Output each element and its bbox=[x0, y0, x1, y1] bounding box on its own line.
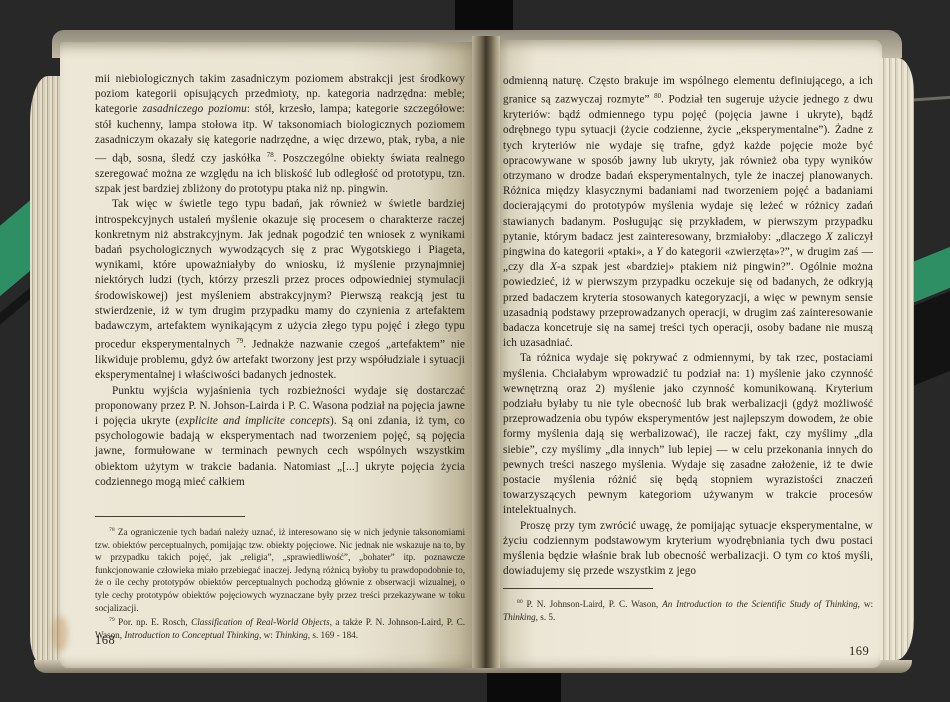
body-paragraph: Tak więc w świetle tego typu badań, jak … bbox=[95, 197, 465, 383]
footnote-rule bbox=[503, 588, 653, 589]
body-paragraph: Ta różnica wydaje się pokrywać z odmienn… bbox=[503, 351, 873, 518]
right-page-text: odmienną naturę. Często brakuje im wspól… bbox=[503, 74, 873, 579]
body-paragraph: mii niebiologicznych takim zasadniczym p… bbox=[95, 72, 465, 197]
left-page-text: mii niebiologicznych takim zasadniczym p… bbox=[95, 72, 465, 490]
footnote: 80 P. N. Johnson-Laird, P. C. Wason, An … bbox=[503, 596, 873, 623]
right-page-number: 169 bbox=[849, 644, 869, 659]
footnote: 78 Za ograniczenie tych badań należy uzn… bbox=[95, 524, 465, 614]
right-page-edge-stack bbox=[880, 58, 914, 660]
photo-background: mii niebiologicznych takim zasadniczym p… bbox=[0, 0, 950, 702]
body-paragraph: Punktu wyjścia wyjaśnienia tych rozbieżn… bbox=[95, 384, 465, 490]
paper-stain bbox=[52, 616, 68, 652]
body-paragraph: odmienną naturę. Często brakuje im wspól… bbox=[503, 74, 873, 351]
book-gutter bbox=[472, 36, 500, 668]
body-paragraph: Proszę przy tym zwrócić uwagę, że pomija… bbox=[503, 519, 873, 580]
footnote: 79 Por. np. E. Rosch, Classification of … bbox=[95, 614, 465, 641]
right-page-footnotes: 80 P. N. Johnson-Laird, P. C. Wason, An … bbox=[503, 588, 873, 623]
footnote-rule bbox=[95, 516, 245, 517]
left-page-footnotes: 78 Za ograniczenie tych badań należy uzn… bbox=[95, 516, 465, 641]
left-page-number: 168 bbox=[95, 633, 115, 648]
